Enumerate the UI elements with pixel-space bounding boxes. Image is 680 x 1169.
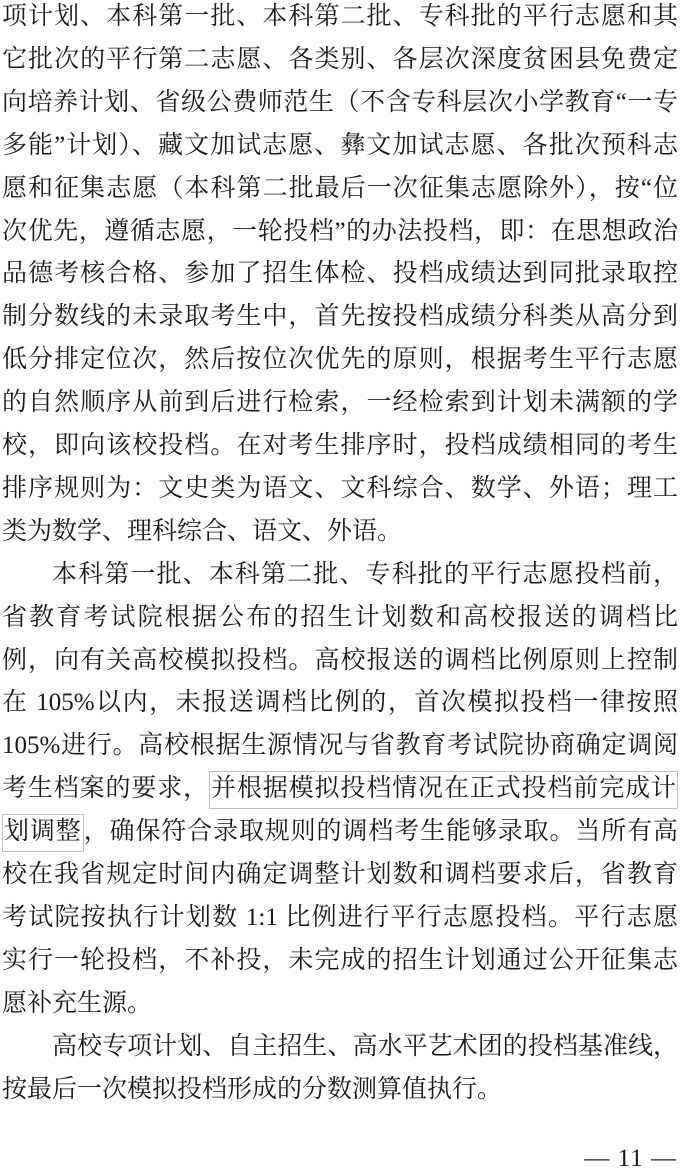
text-line-4: 多能”计划）、藏文加试志愿、彝文加试志愿、各批次预科志 [2, 124, 678, 167]
text-segment: 105%进行。高校根据生源情况与省教育考试院协商确定调阅 [2, 732, 678, 759]
text-line-7: 品德考核合格、参加了招生体检、投档成绩达到同批录取控 [2, 252, 678, 295]
text-line-22: 考试院按执行计划数 1:1 比例进行平行志愿投档。平行志愿 [2, 896, 678, 939]
text-segment: 愿和征集志愿（本科第二批最后一次征集志愿除外），按“位 [2, 175, 678, 202]
highlight-box: 划调整 [2, 814, 84, 852]
text-line-21: 校在我省规定时间内确定调整计划数和调档要求后，省教育 [2, 853, 678, 896]
text-segment: 低分排定位次，然后按位次优先的原则，根据考生平行志愿 [2, 346, 678, 373]
text-line-12: 排序规则为：文史类为语文、文科综合、数学、外语；理工 [2, 467, 678, 510]
document-body: 项计划、本科第一批、本科第二批、专科批的平行志愿和其它批次的平行第二志愿、各类别… [0, 0, 680, 1169]
text-line-6: 次优先，遵循志愿，一轮投档”的办法投档，即：在思想政治 [2, 210, 678, 253]
text-segment: 的自然顺序从前到后进行检索，一经检索到计划未满额的学 [2, 389, 678, 416]
text-line-26: 按最后一次模拟投档形成的分数测算值执行。 [2, 1068, 678, 1111]
text-segment: 考生档案的要求， [2, 775, 209, 802]
text-segment: 品德考核合格、参加了招生体检、投档成绩达到同批录取控 [2, 260, 678, 287]
text-segment: 例，向有关高校模拟投档。高校报送的调档比例原则上控制 [2, 647, 678, 674]
text-line-10: 的自然顺序从前到后进行检索，一经检索到计划未满额的学 [2, 381, 678, 424]
text-segment: 多能”计划）、藏文加试志愿、彝文加试志愿、各批次预科志 [2, 132, 678, 159]
text-line-11: 校，即向该校投档。在对考生排序时，投档成绩相同的考生 [2, 424, 678, 467]
document-page: 项计划、本科第一批、本科第二批、专科批的平行志愿和其它批次的平行第二志愿、各类别… [0, 0, 680, 1169]
text-line-19: 考生档案的要求，并根据模拟投档情况在正式投档前完成计 [2, 767, 678, 810]
text-line-5: 愿和征集志愿（本科第二批最后一次征集志愿除外），按“位 [2, 167, 678, 210]
text-line-24: 愿补充生源。 [2, 982, 678, 1025]
text-line-18: 105%进行。高校根据生源情况与省教育考试院协商确定调阅 [2, 724, 678, 767]
text-segment: 校，即向该校投档。在对考生排序时，投档成绩相同的考生 [2, 432, 678, 459]
text-line-3: 向培养计划、省级公费师范生（不含专科层次小学教育“一专 [2, 81, 678, 124]
text-line-2: 它批次的平行第二志愿、各类别、各层次深度贫困县免费定 [2, 38, 678, 81]
text-line-9: 低分排定位次，然后按位次优先的原则，根据考生平行志愿 [2, 338, 678, 381]
text-segment: 考试院按执行计划数 1:1 比例进行平行志愿投档。平行志愿 [2, 904, 678, 931]
text-segment: 愿补充生源。 [2, 990, 152, 1017]
text-line-16: 例，向有关高校模拟投档。高校报送的调档比例原则上控制 [2, 639, 678, 682]
text-line-8: 制分数线的未录取考生中，首先按投档成绩分科类从高分到 [2, 295, 678, 338]
text-segment: 高校专项计划、自主招生、高水平艺术团的投档基准线， [52, 1033, 678, 1060]
text-line-20: 划调整，确保符合录取规则的调档考生能够录取。当所有高 [2, 810, 678, 853]
page-number: — 11 — [584, 1144, 677, 1169]
text-line-25: 高校专项计划、自主招生、高水平艺术团的投档基准线， [2, 1025, 678, 1068]
text-segment: 它批次的平行第二志愿、各类别、各层次深度贫困县免费定 [2, 46, 678, 73]
text-segment: 向培养计划、省级公费师范生（不含专科层次小学教育“一专 [2, 89, 678, 116]
text-segment: 在 105%以内，未报送调档比例的，首次模拟投档一律按照 [2, 689, 678, 716]
text-segment: 次优先，遵循志愿，一轮投档”的办法投档，即：在思想政治 [2, 218, 678, 245]
text-line-23: 实行一轮投档，不补投，未完成的招生计划通过公开征集志 [2, 939, 678, 982]
text-segment: 项计划、本科第一批、本科第二批、专科批的平行志愿和其 [2, 3, 678, 30]
text-line-14: 本科第一批、本科第二批、专科批的平行志愿投档前， [2, 553, 678, 596]
highlight-box: 并根据模拟投档情况在正式投档前完成计 [209, 771, 678, 809]
text-segment: 类为数学、理科综合、语文、外语。 [2, 518, 402, 545]
text-segment: 校在我省规定时间内确定调整计划数和调档要求后，省教育 [2, 861, 678, 888]
text-segment: ，确保符合录取规则的调档考生能够录取。当所有高 [84, 818, 678, 845]
text-segment: 制分数线的未录取考生中，首先按投档成绩分科类从高分到 [2, 303, 678, 330]
text-segment: 排序规则为：文史类为语文、文科综合、数学、外语；理工 [2, 475, 678, 502]
text-line-13: 类为数学、理科综合、语文、外语。 [2, 510, 678, 553]
text-segment: 省教育考试院根据公布的招生计划数和高校报送的调档比 [2, 604, 678, 631]
text-line-17: 在 105%以内，未报送调档比例的，首次模拟投档一律按照 [2, 681, 678, 724]
text-segment: 实行一轮投档，不补投，未完成的招生计划通过公开征集志 [2, 947, 678, 974]
text-segment: 本科第一批、本科第二批、专科批的平行志愿投档前， [52, 561, 678, 588]
text-line-1: 项计划、本科第一批、本科第二批、专科批的平行志愿和其 [2, 0, 678, 38]
text-segment: 按最后一次模拟投档形成的分数测算值执行。 [2, 1076, 502, 1103]
text-line-15: 省教育考试院根据公布的招生计划数和高校报送的调档比 [2, 596, 678, 639]
